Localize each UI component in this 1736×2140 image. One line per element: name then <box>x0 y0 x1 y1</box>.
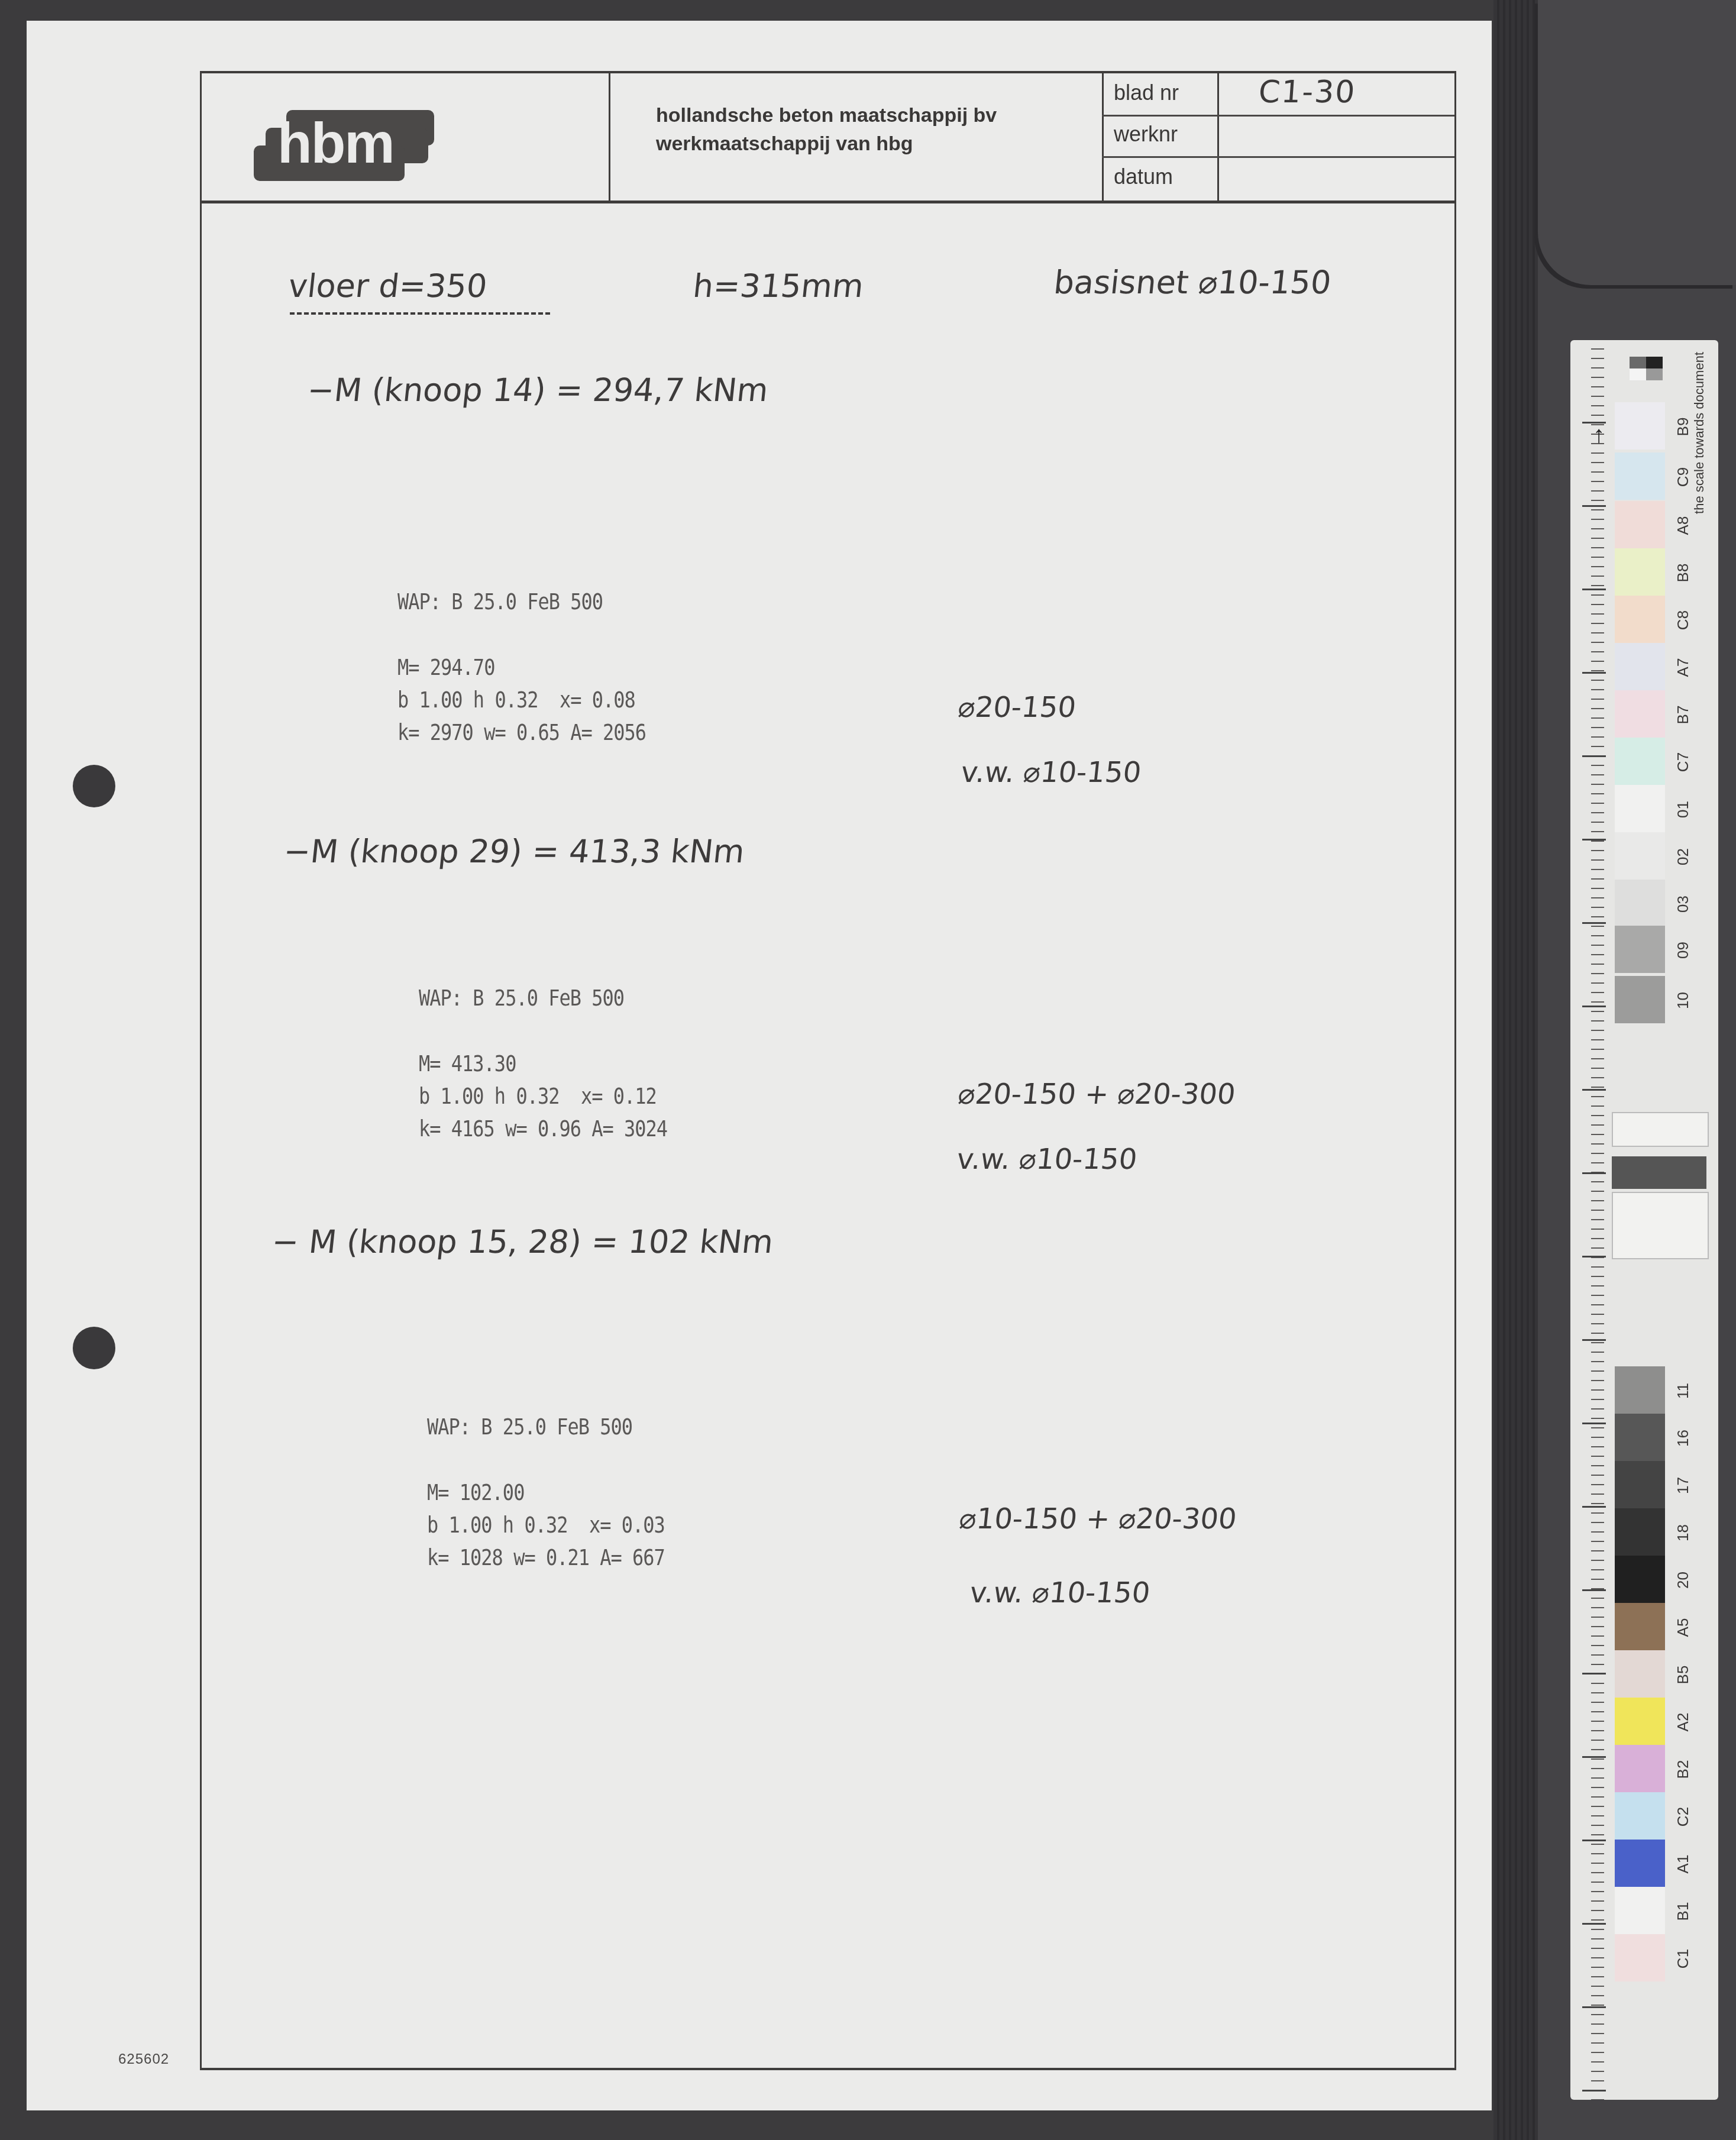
gray-wedge <box>1612 1156 1706 1189</box>
color-patch <box>1615 1887 1665 1934</box>
color-patch-label: C2 <box>1674 1799 1692 1835</box>
reinforcement-vw: v.w. ⌀10-150 <box>955 1143 1139 1176</box>
section-heading: −M (knoop 29) = 413,3 kNm <box>282 833 746 870</box>
color-patch-label: C8 <box>1674 603 1692 638</box>
color-patch-label: 11 <box>1674 1373 1692 1409</box>
color-patch-label: B7 <box>1674 697 1692 733</box>
label-datum: datum <box>1114 164 1173 189</box>
color-patch-label: A7 <box>1674 650 1692 686</box>
hbm-logo: hbm <box>254 110 449 181</box>
color-patch <box>1615 1840 1665 1887</box>
reinforcement-main: ⌀10-150 + ⌀20-300 <box>958 1502 1238 1536</box>
title-underline <box>290 312 550 315</box>
color-patch-label: B5 <box>1674 1657 1692 1693</box>
color-patch <box>1615 976 1665 1023</box>
arrow-icon: → <box>1582 425 1609 448</box>
logo-cell: hbm <box>202 73 610 201</box>
resolution-target <box>1612 1192 1709 1259</box>
color-patch <box>1615 643 1665 690</box>
color-patch <box>1615 926 1665 973</box>
logo-text: hbm <box>277 111 394 176</box>
color-patch-label: 09 <box>1674 933 1692 968</box>
color-patch <box>1615 1461 1665 1508</box>
calc-printout: WAP: B 25.0 FeB 500M= 413.30b 1.00 h 0.3… <box>419 982 667 1145</box>
color-patch <box>1615 785 1665 832</box>
color-patch <box>1615 596 1665 643</box>
field-labels: blad nr werknr datum <box>1102 73 1219 201</box>
color-patch-label: C1 <box>1674 1941 1692 1977</box>
punch-hole-icon <box>73 765 115 807</box>
color-patch <box>1615 1603 1665 1650</box>
color-patch-label: A1 <box>1674 1847 1692 1882</box>
color-patch <box>1615 1934 1665 1981</box>
color-patch-label: 16 <box>1674 1421 1692 1456</box>
section-heading: − M (knoop 15, 28) = 102 kNm <box>270 1223 775 1260</box>
color-patch-label: 01 <box>1674 792 1692 827</box>
color-patch <box>1615 1650 1665 1698</box>
form-frame: hbm hollandsche beton maatschappij bv we… <box>200 71 1456 2070</box>
color-patch-label: B9 <box>1674 409 1692 445</box>
color-patch-label: 18 <box>1674 1515 1692 1551</box>
color-patch-label: C9 <box>1674 460 1692 495</box>
floor-height: h=315mm <box>691 267 865 305</box>
label-werknr: werknr <box>1114 122 1178 147</box>
scale-caption: the scale towards document <box>1692 352 1707 514</box>
form-header: hbm hollandsche beton maatschappij bv we… <box>202 73 1454 203</box>
color-patch-label: A5 <box>1674 1610 1692 1646</box>
resolution-target <box>1612 1112 1709 1147</box>
label-blad-nr: blad nr <box>1114 80 1179 105</box>
base-mesh: basisnet ⌀10-150 <box>1052 264 1333 301</box>
value-blad-nr: C1-30 <box>1257 75 1357 110</box>
color-patch-label: 10 <box>1674 983 1692 1019</box>
color-patch <box>1615 402 1665 450</box>
color-patch <box>1615 1414 1665 1461</box>
color-patch-label: B2 <box>1674 1752 1692 1787</box>
color-patch <box>1615 1366 1665 1414</box>
reinforcement-main: ⌀20-150 + ⌀20-300 <box>956 1078 1237 1111</box>
color-patch <box>1615 690 1665 738</box>
color-patch-label: 17 <box>1674 1468 1692 1504</box>
company-name: hollandsche beton maatschappij bv <box>656 104 997 127</box>
calc-printout: WAP: B 25.0 FeB 500M= 294.70b 1.00 h 0.3… <box>397 586 646 749</box>
color-patch-label: 03 <box>1674 887 1692 922</box>
color-patch-label: B8 <box>1674 555 1692 591</box>
color-reference-scale: → the scale towards document B9C9A8B8C8A… <box>1570 340 1718 2100</box>
binder-flap-corner <box>1538 0 1736 285</box>
company-cell: hollandsche beton maatschappij bv werkma… <box>609 73 1104 201</box>
color-patch <box>1615 548 1665 596</box>
color-patch-label: C7 <box>1674 745 1692 780</box>
reinforcement-vw: v.w. ⌀10-150 <box>959 756 1143 789</box>
color-patch <box>1615 501 1665 548</box>
calc-printout: WAP: B 25.0 FeB 500M= 102.00b 1.00 h 0.3… <box>427 1411 665 1574</box>
color-patch-label: B1 <box>1674 1894 1692 1929</box>
color-patch <box>1615 738 1665 785</box>
form-number: 625602 <box>118 2051 169 2068</box>
ruler-major-ticks <box>1582 340 1606 2100</box>
punch-hole-icon <box>73 1327 115 1369</box>
color-patch <box>1615 1792 1665 1840</box>
color-patch-label: 02 <box>1674 839 1692 875</box>
color-patch <box>1615 1745 1665 1792</box>
color-patch <box>1615 452 1665 500</box>
reinforcement-vw: v.w. ⌀10-150 <box>968 1576 1152 1609</box>
color-patch-label: A8 <box>1674 508 1692 544</box>
color-patch-label: 20 <box>1674 1563 1692 1598</box>
color-patch <box>1615 832 1665 880</box>
reinforcement-main: ⌀20-150 <box>956 691 1078 724</box>
color-patch <box>1615 1508 1665 1556</box>
field-values: C1-30 <box>1217 73 1454 201</box>
color-patch-label: A2 <box>1674 1705 1692 1740</box>
color-patch <box>1615 1698 1665 1745</box>
section-heading: −M (knoop 14) = 294,7 kNm <box>306 371 770 409</box>
floor-title: vloer d=350 <box>287 267 489 305</box>
color-patch <box>1615 880 1665 927</box>
color-patch <box>1615 1556 1665 1603</box>
company-subsidiary: werkmaatschappij van hbg <box>656 132 913 156</box>
